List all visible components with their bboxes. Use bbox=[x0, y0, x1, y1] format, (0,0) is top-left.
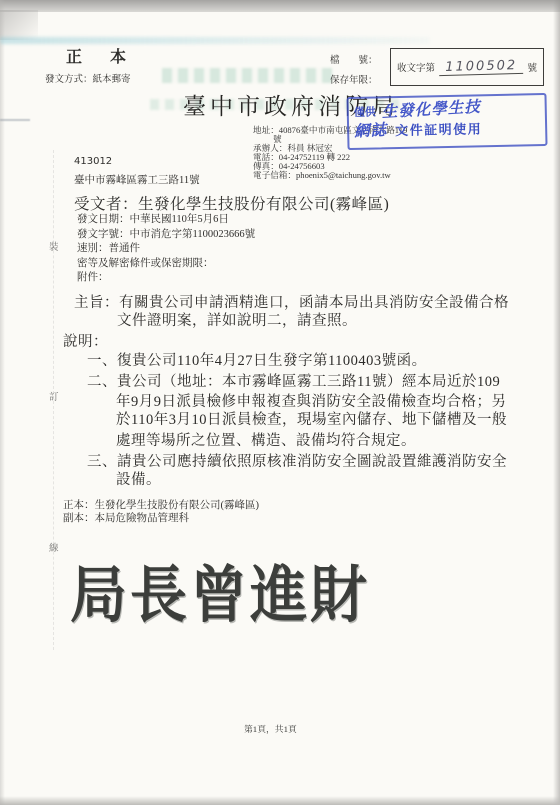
scanned-official-letter: 正 本 發文方式：紙本郵寄 檔 號： 保存年限： 收文字第 1100502 號 … bbox=[0, 0, 560, 805]
director-signature: 局長曾進財 bbox=[70, 546, 370, 635]
distribution-block: 正本：生發化學生技股份有限公司(霧峰區) 副本：本局危險物品管理科 bbox=[63, 499, 259, 525]
page-footer: 第1頁，共1頁 bbox=[244, 722, 297, 735]
fold-line bbox=[0, 119, 30, 121]
scan-streak bbox=[0, 37, 430, 44]
explanation-label: 說明： bbox=[63, 330, 108, 351]
bleed-through-text-1 bbox=[162, 68, 332, 83]
explanation-item-2-line-4: 處理等場所之位置、構造、設備均符合規定。 bbox=[116, 429, 416, 450]
binding-mark-xian: 線 bbox=[49, 540, 59, 554]
security-classification: 密等及解密條件或保密期限： bbox=[77, 257, 255, 272]
explanation-item-2-line-1: 二、貴公司（地址：本市霧峰區霧工三路11號）經本局近於109 bbox=[87, 370, 500, 391]
issue-date: 發文日期：中華民國110年5月6日 bbox=[77, 213, 255, 228]
binding-mark-zhuang: 裝 bbox=[49, 239, 59, 253]
retention-period-label: 保存年限： bbox=[330, 72, 378, 86]
document-metadata: 發文日期：中華民國110年5月6日 發文字號：中市消危字第1100023666號… bbox=[77, 213, 255, 286]
explanation-item-2-line-3: 於110年3月10日派員檢查，現場室內儲存、地下儲槽及一般 bbox=[116, 408, 507, 429]
recipient-zip: 413012 bbox=[74, 156, 112, 167]
explanation-item-1: 一、復貴公司110年4月27日生發字第1100403號函。 bbox=[87, 349, 427, 370]
receipt-stamp-suffix: 號 bbox=[527, 60, 537, 74]
binding-mark-ding: 訂 bbox=[49, 389, 59, 403]
copy-recipient: 副本：本局危險物品管理科 bbox=[63, 512, 259, 525]
receipt-stamp-prefix: 收文字第 bbox=[397, 60, 435, 74]
original-recipient: 正本：生發化學生技股份有限公司(霧峰區) bbox=[63, 499, 259, 512]
priority: 速別：普通件 bbox=[77, 242, 255, 257]
scan-edge-right bbox=[553, 0, 560, 805]
scan-edge-bottom bbox=[0, 796, 560, 805]
document-number: 發文字號：中市消危字第1100023666號 bbox=[77, 228, 255, 243]
bureau-email: 電子信箱：phoenix5@taichung.gov.tw bbox=[253, 171, 407, 180]
cert-stamp-suffix: 文件証明使用 bbox=[395, 120, 482, 140]
recipient-address: 臺中市霧峰區霧工三路11號 bbox=[74, 172, 200, 187]
subject-line-2: 文件證明案，詳如說明二，請查照。 bbox=[117, 309, 357, 330]
cert-stamp-handwriting-line2: 網誌 bbox=[354, 119, 388, 142]
scan-edge-top-left bbox=[0, 10, 38, 40]
copy-type-label: 正 本 bbox=[66, 44, 138, 67]
receipt-number-handwritten: 1100502 bbox=[439, 58, 524, 76]
scan-edge-top bbox=[0, 0, 560, 12]
recipient-line: 受文者：生發化學生技股份有限公司(霧峰區) bbox=[74, 192, 389, 214]
attachment-label: 附件： bbox=[77, 271, 255, 286]
receipt-number-stamp: 收文字第 1100502 號 bbox=[390, 48, 544, 86]
delivery-method-label: 發文方式：紙本郵寄 bbox=[45, 71, 131, 85]
cert-stamp-prefix: 僅供 bbox=[354, 105, 376, 121]
certification-stamp: 僅供 生發化學生技 網誌 文件証明使用 bbox=[346, 93, 547, 150]
file-number-label: 檔 號： bbox=[330, 52, 378, 66]
explanation-item-3-line-2: 設備。 bbox=[116, 468, 161, 489]
